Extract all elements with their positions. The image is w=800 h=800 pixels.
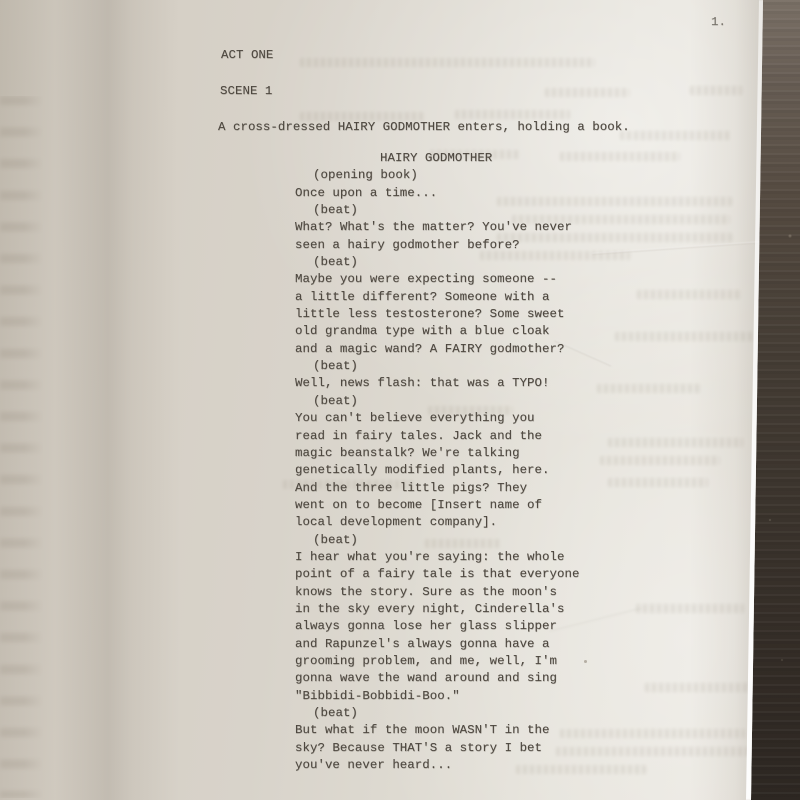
ghost-text-mark [690,86,742,95]
dialogue-line: knows the story. Sure as the moon's [295,584,579,601]
dialogue-line: and Rapunzel's always gonna have a [295,636,579,653]
ghost-text-mark [615,332,755,341]
ghost-text-mark [636,604,744,613]
parenthetical: (beat) [295,532,579,549]
dialogue-line: Once upon a time... [295,185,579,202]
dialogue-line: And the three little pigs? They [295,480,579,497]
ghost-text-column [0,96,44,798]
dialogue-line: "Bibbidi-Bobbidi-Boo." [295,688,579,705]
parenthetical: (beat) [295,393,579,410]
ghost-text-mark [597,384,702,393]
character-name: HAIRY GODMOTHER [295,150,579,167]
ghost-text-mark [637,290,742,299]
speech-block: HAIRY GODMOTHER(opening book)Once upon a… [295,150,579,774]
dialogue-line: genetically modified plants, here. [295,462,579,479]
dialogue-line: old grandma type with a blue cloak [295,323,579,340]
dialogue-line: local development company]. [295,514,579,531]
action-line: A cross-dressed HAIRY GODMOTHER enters, … [218,120,630,134]
dialogue-line: a little different? Someone with a [295,289,579,306]
dialogue-line: gonna wave the wand around and sing [295,670,579,687]
act-heading: ACT ONE [221,48,273,62]
dialogue-line: Maybe you were expecting someone -- [295,271,579,288]
dialogue-line: point of a fairy tale is that everyone [295,566,579,583]
dialogue-line: in the sky every night, Cinderella's [295,601,579,618]
dialogue-line: went on to become [Insert name of [295,497,579,514]
parenthetical: (opening book) [295,167,579,184]
ghost-text-mark [455,110,570,119]
dialogue-line: sky? Because THAT'S a story I bet [295,740,579,757]
dialogue-line: read in fairy tales. Jack and the [295,428,579,445]
dialogue-line: I hear what you're saying: the whole [295,549,579,566]
ghost-text-mark [560,729,745,738]
dialogue-line: little less testosterone? Some sweet [295,306,579,323]
ghost-text-mark [300,58,595,67]
parenthetical: (beat) [295,705,579,722]
dialogue-line: grooming problem, and me, well, I'm [295,653,579,670]
ghost-text-mark [608,438,743,447]
dialogue-line: you've never heard... [295,757,579,774]
ghost-text-mark [608,478,708,487]
ghost-text-mark [556,747,751,756]
ghost-text-mark [645,683,755,692]
parenthetical: (beat) [295,358,579,375]
dialogue-line: Well, news flash: that was a TYPO! [295,375,579,392]
dialogue-line: seen a hairy godmother before? [295,237,579,254]
dialogue-line: magic beanstalk? We're talking [295,445,579,462]
parenthetical: (beat) [295,202,579,219]
script-page: 1. ACT ONE SCENE 1 A cross-dressed HAIRY… [0,0,800,800]
dialogue-line: and a magic wand? A FAIRY godmother? [295,341,579,358]
ghost-text-mark [620,131,730,140]
parenthetical: (beat) [295,254,579,271]
page-number: 1. [711,15,726,29]
dialogue-line: always gonna lose her glass slipper [295,618,579,635]
paper-crease [592,241,764,255]
paper-speck [584,660,587,663]
dialogue-line: But what if the moon WASN'T in the [295,722,579,739]
ghost-text-mark [600,456,720,465]
dialogue-line: What? What's the matter? You've never [295,219,579,236]
dialogue-line: You can't believe everything you [295,410,579,427]
photo-of-script-page: 1. ACT ONE SCENE 1 A cross-dressed HAIRY… [0,0,800,800]
ghost-text-mark [545,88,630,97]
scene-heading: SCENE 1 [220,84,272,98]
